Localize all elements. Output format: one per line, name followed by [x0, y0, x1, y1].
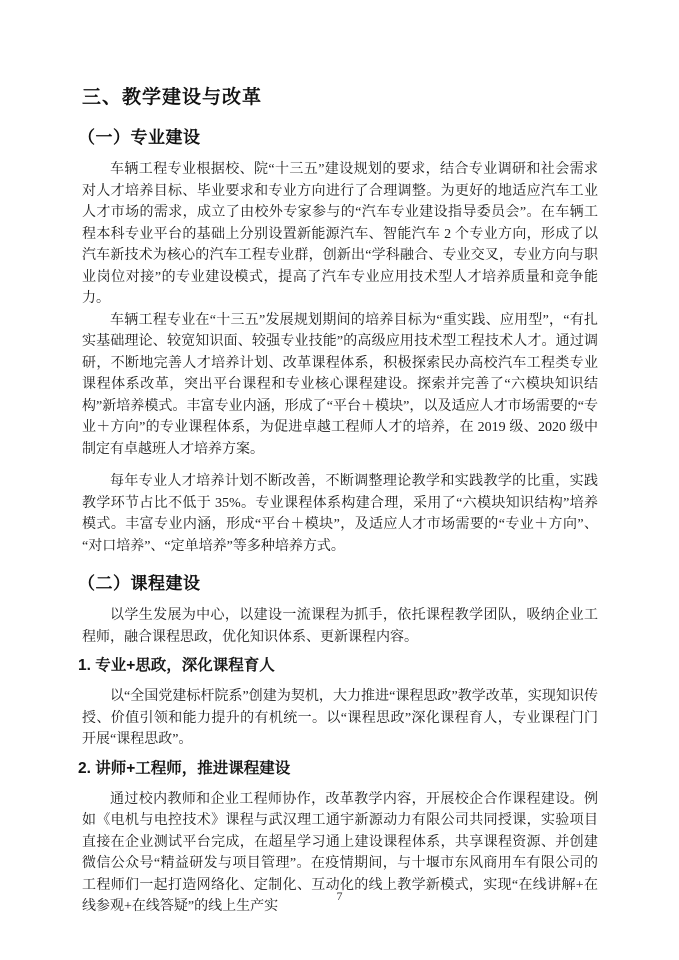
section-heading-major-construction: （一）专业建设 [78, 127, 598, 149]
page-number: 7 [0, 889, 679, 904]
subsection-heading-2: 2. 讲师+工程师，推进课程建设 [78, 759, 598, 779]
section-heading-course-construction: （二）课程建设 [78, 573, 598, 595]
paragraph: 每年专业人才培养计划不断改善，不断调整理论教学和实践教学的比重，实践教学环节占比… [82, 471, 598, 557]
paragraph: 以学生发展为中心，以建设一流课程为抓手，依托课程教学团队，吸纳企业工程师，融合课… [82, 605, 598, 648]
paragraph: 车辆工程专业根据校、院“十三五”建设规划的要求，结合专业调研和社会需求对人才培养… [82, 159, 598, 310]
paragraph: 车辆工程专业在“十三五”发展规划期间的培养目标为“重实践、应用型”，“有扎实基础… [82, 310, 598, 461]
paragraph: 以“全国党建标杆院系”创建为契机，大力推进“课程思政”教学改革，实现知识传授、价… [82, 686, 598, 751]
subsection-heading-1: 1. 专业+思政，深化课程育人 [78, 656, 598, 676]
document-page: 三、教学建设与改革 （一）专业建设 车辆工程专业根据校、院“十三五”建设规划的要… [0, 0, 679, 960]
chapter-heading: 三、教学建设与改革 [82, 86, 598, 110]
